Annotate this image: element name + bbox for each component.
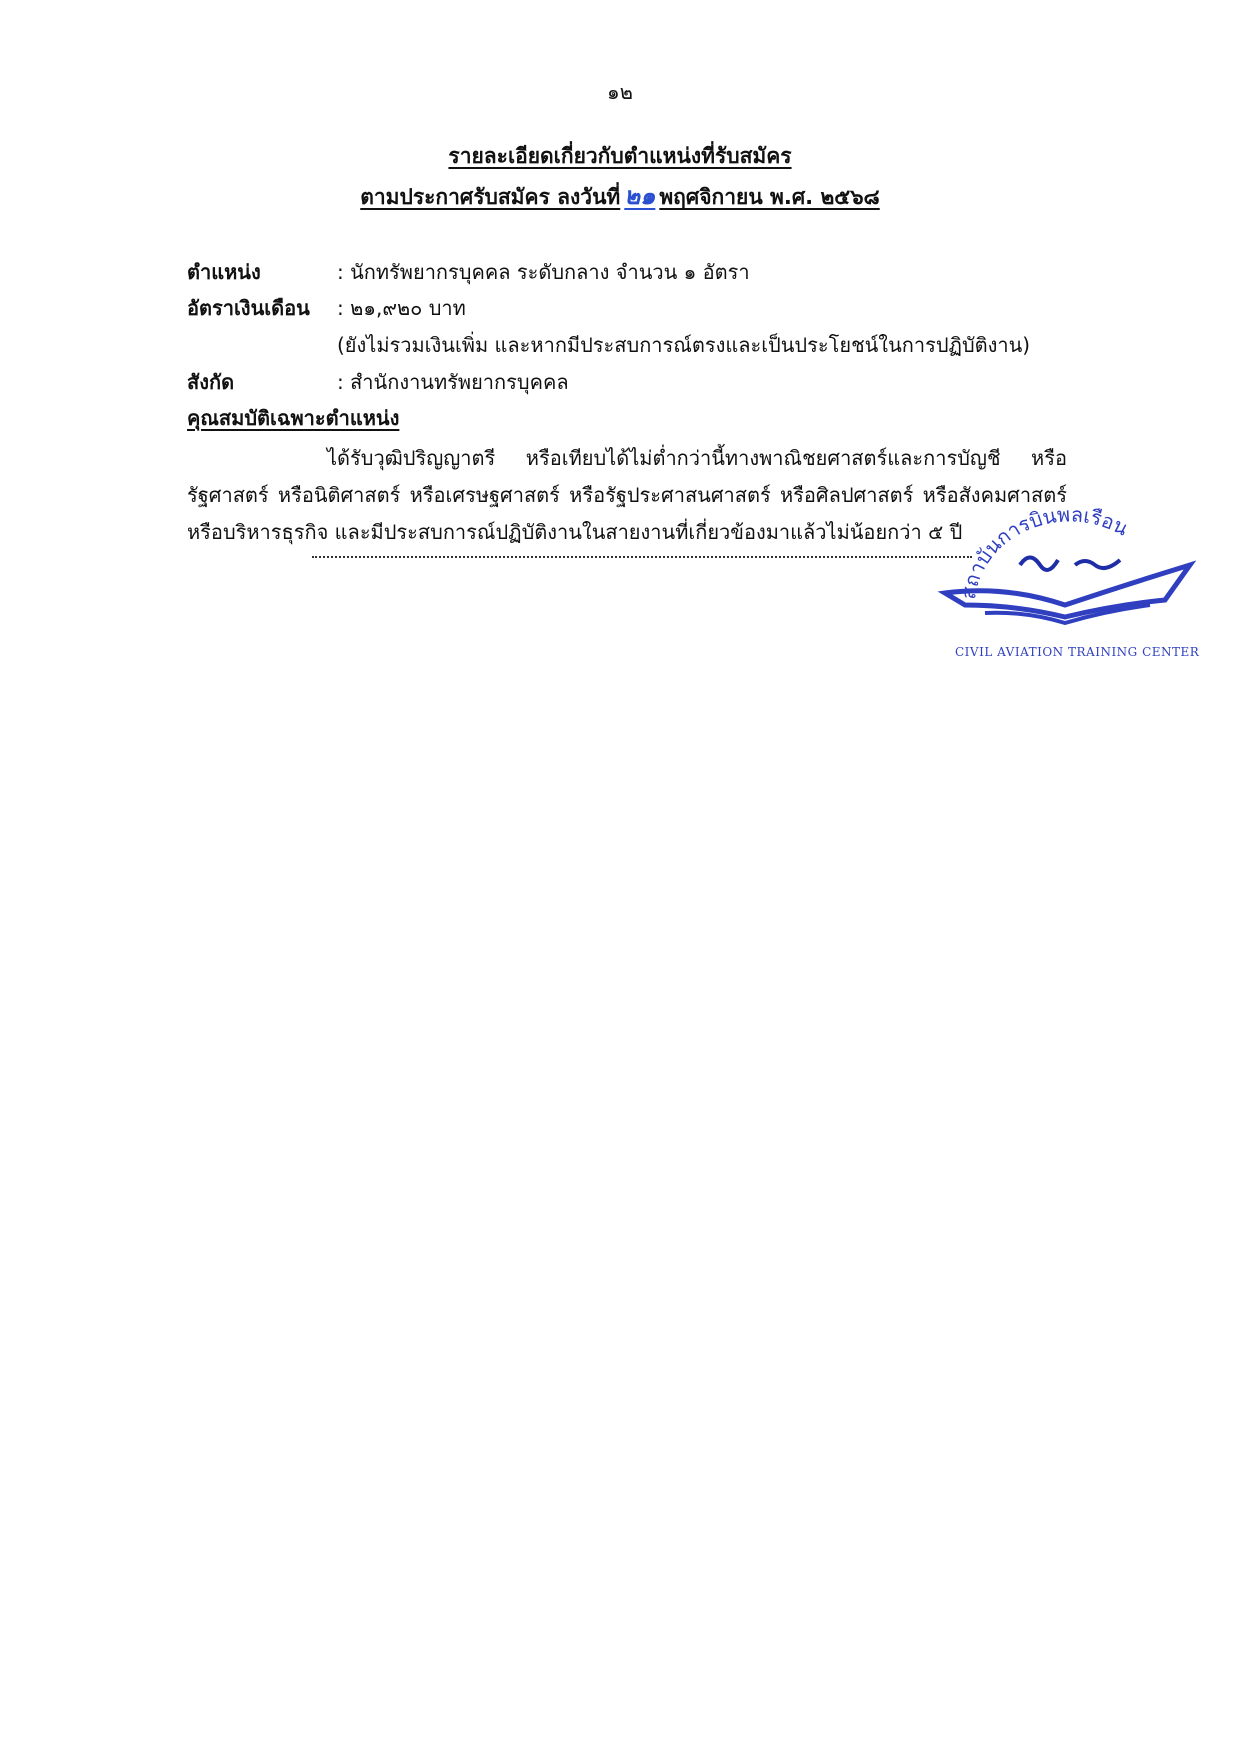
- stamp-thai-text: สถาบันการบินพลเรือน: [956, 505, 1133, 601]
- page-number: ๑๒: [0, 76, 1240, 108]
- field-label: อัตราเงินเดือน: [187, 292, 310, 324]
- qualifications-heading: คุณสมบัติเฉพาะตำแหน่ง: [187, 402, 399, 434]
- stamp-english-text: CIVIL AVIATION TRAINING CENTER: [955, 645, 1199, 659]
- field-value: (ยังไม่รวมเงินเพิ่ม และหากมีประสบการณ์ตร…: [337, 329, 1030, 361]
- field-value: : ๒๑,๙๒๐ บาท: [337, 292, 466, 324]
- field-value: : สำนักงานทรัพยากรบุคคล: [337, 366, 569, 398]
- document-title: รายละเอียดเกี่ยวกับตำแหน่งที่รับสมัคร: [0, 140, 1240, 173]
- dotted-separator: [312, 556, 972, 558]
- title-line-1: รายละเอียดเกี่ยวกับตำแหน่งที่รับสมัคร: [448, 144, 791, 168]
- title-line-2-before: ตามประกาศรับสมัคร ลงวันที่: [360, 185, 620, 209]
- field-value: : นักทรัพยากรบุคคล ระดับกลาง จำนวน ๑ อัต…: [337, 256, 750, 288]
- field-label: ตำแหน่ง: [187, 256, 261, 288]
- title-line-2-after: พฤศจิกายน พ.ศ. ๒๕๖๘: [659, 185, 879, 209]
- official-stamp: สถาบันการบินพลเรือน CIVIL AVIATION TRAIN…: [925, 505, 1205, 670]
- stamp-wings-icon: สถาบันการบินพลเรือน: [925, 505, 1205, 635]
- handwritten-day: ๒๑: [624, 182, 655, 210]
- document-subtitle: ตามประกาศรับสมัคร ลงวันที่๒๑พฤศจิกายน พ.…: [0, 176, 1240, 215]
- svg-text:สถาบันการบินพลเรือน: สถาบันการบินพลเรือน: [956, 505, 1133, 601]
- field-label: สังกัด: [187, 366, 234, 398]
